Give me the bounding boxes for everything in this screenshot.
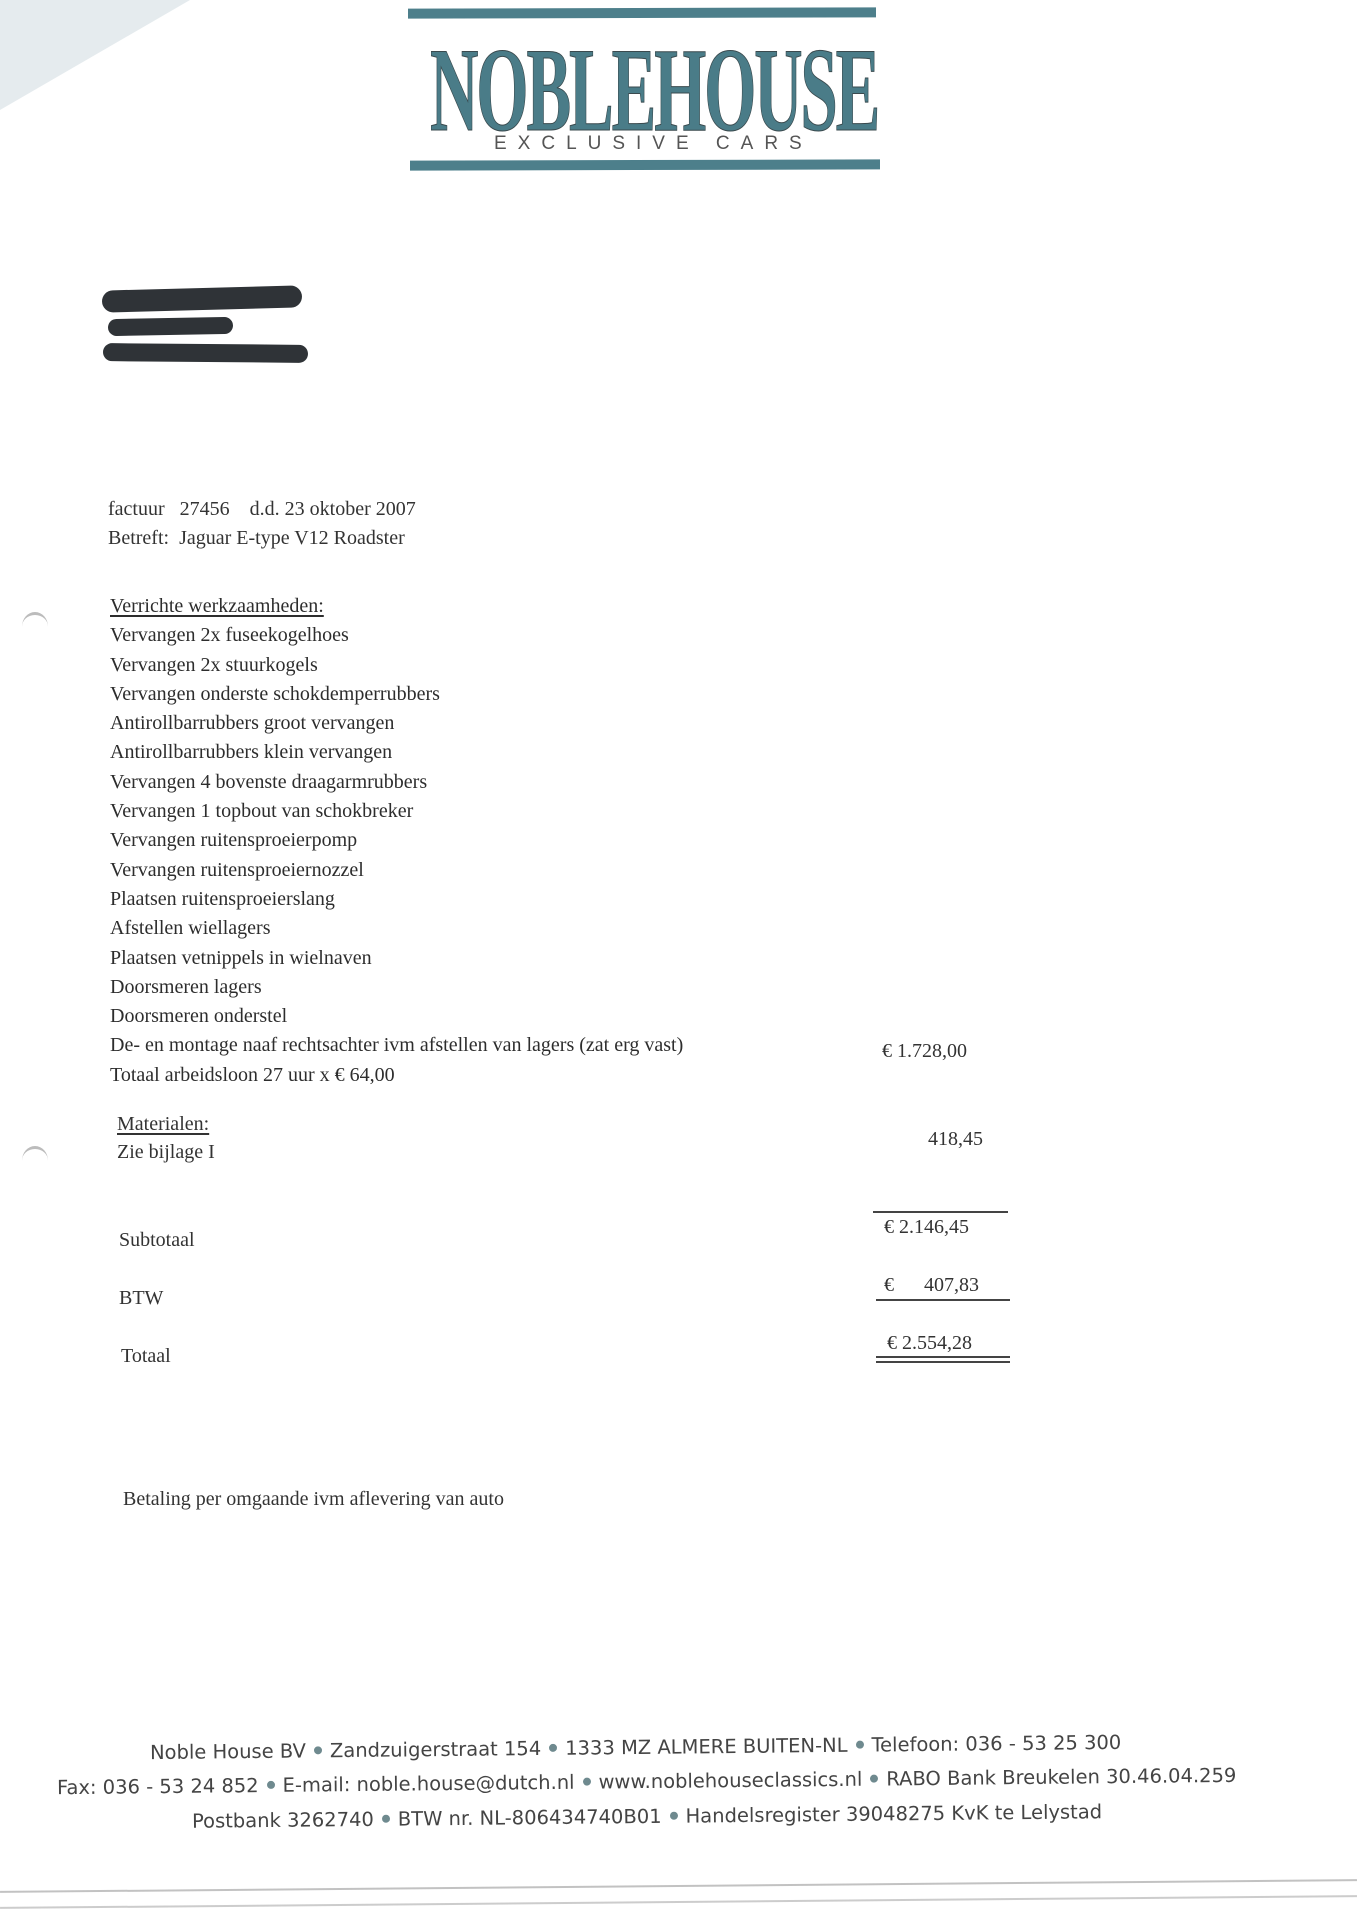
redaction-mark — [103, 343, 308, 363]
invoice-number-line: factuur 27456 d.d. 23 oktober 2007 — [108, 498, 416, 521]
punch-hole-mark — [22, 1146, 48, 1175]
subtotal-label: Subtotaal — [119, 1229, 195, 1252]
work-item: De- en montage naaf rechtsachter ivm afs… — [110, 1031, 683, 1060]
subject-label: Betreft: — [108, 527, 169, 549]
materials-line: Zie bijlage I — [117, 1141, 215, 1164]
labor-amount: € 1.728,00 — [882, 1040, 967, 1063]
work-item: Doorsmeren onderstel — [110, 1002, 683, 1031]
scan-line — [0, 1879, 1357, 1893]
total-amount: € 2.554,28 — [887, 1332, 972, 1355]
footer-item: Telefoon: 036 - 53 25 300 — [871, 1731, 1121, 1757]
footer-item: Noble House BV — [150, 1739, 306, 1764]
subtotal-amount: € 2.146,45 — [884, 1216, 969, 1239]
work-section: Verrichte werkzaamheden: Vervangen 2x fu… — [110, 592, 683, 1090]
labor-total-line: Totaal arbeidsloon 27 uur x € 64,00 — [110, 1061, 683, 1090]
payment-note: Betaling per omgaande ivm aflevering van… — [123, 1488, 504, 1511]
scan-corner-shadow — [0, 0, 190, 110]
bullet-separator-icon — [870, 1775, 878, 1783]
work-heading: Verrichte werkzaamheden: — [110, 592, 683, 621]
vat-label: BTW — [119, 1287, 163, 1310]
materials-amount: 418,45 — [928, 1128, 983, 1151]
work-item: Plaatsen ruitensproeierslang — [110, 885, 683, 914]
subtotal-rule — [873, 1211, 1008, 1213]
footer-item: Zandzuigerstraat 154 — [330, 1737, 541, 1762]
invoice-date: 23 oktober 2007 — [285, 498, 416, 520]
logo-tagline: EXCLUSIVE CARS — [494, 133, 813, 155]
invoice-number-label: factuur — [108, 498, 165, 520]
vat-amount: € 407,83 — [884, 1274, 979, 1297]
work-item: Doorsmeren lagers — [110, 973, 683, 1002]
work-item: Vervangen 1 topbout van schokbreker — [110, 797, 683, 826]
footer-item: Postbank 3262740 — [192, 1808, 374, 1833]
footer-item: Handelsregister 39048275 KvK te Lelystad — [685, 1800, 1102, 1827]
bullet-separator-icon — [670, 1812, 678, 1820]
work-item: Vervangen 2x stuurkogels — [110, 651, 683, 680]
footer-line-3: Postbank 3262740BTW nr. NL-806434740B01H… — [192, 1800, 1102, 1833]
total-rule — [876, 1356, 1010, 1358]
bullet-separator-icon — [267, 1781, 275, 1789]
work-item: Antirollbarrubbers klein vervangen — [110, 738, 683, 767]
redaction-mark — [102, 285, 303, 312]
footer-item: Fax: 036 - 53 24 852 — [57, 1774, 259, 1799]
work-items-list: Vervangen 2x fuseekogelhoesVervangen 2x … — [110, 621, 683, 1060]
bullet-separator-icon — [855, 1741, 863, 1749]
invoice-number: 27456 — [180, 498, 230, 520]
logo-bottom-bar — [410, 159, 880, 170]
vat-rule — [876, 1299, 1010, 1301]
invoice-subject-line: Betreft: Jaguar E-type V12 Roadster — [108, 527, 405, 550]
logo-top-bar — [408, 7, 876, 18]
punch-hole-mark — [22, 612, 48, 641]
footer-line-1: Noble House BVZandzuigerstraat 1541333 M… — [150, 1731, 1121, 1764]
redaction-mark — [108, 317, 233, 336]
footer-item: E-mail: noble.house@dutch.nl — [282, 1771, 574, 1797]
footer-item: 1333 MZ ALMERE BUITEN-NL — [565, 1734, 848, 1760]
work-item: Vervangen ruitensproeiernozzel — [110, 856, 683, 885]
total-double-rule — [876, 1361, 1010, 1363]
footer-item: www.noblehouseclassics.nl — [598, 1768, 862, 1794]
bullet-separator-icon — [382, 1815, 390, 1823]
total-label: Totaal — [121, 1345, 171, 1368]
work-item: Vervangen onderste schokdemperrubbers — [110, 680, 683, 709]
bullet-separator-icon — [582, 1778, 590, 1786]
footer-item: RABO Bank Breukelen 30.46.04.259 — [886, 1764, 1236, 1791]
footer-line-2: Fax: 036 - 53 24 852E-mail: noble.house@… — [57, 1764, 1237, 1799]
scan-line — [0, 1895, 1357, 1909]
work-item: Vervangen 4 bovenste draagarmrubbers — [110, 768, 683, 797]
materials-heading: Materialen: — [117, 1113, 209, 1136]
work-item: Vervangen 2x fuseekogelhoes — [110, 621, 683, 650]
work-item: Antirollbarrubbers groot vervangen — [110, 709, 683, 738]
work-item: Plaatsen vetnippels in wielnaven — [110, 944, 683, 973]
subject-value: Jaguar E-type V12 Roadster — [179, 527, 405, 549]
work-item: Vervangen ruitensproeierpomp — [110, 826, 683, 855]
bullet-separator-icon — [549, 1744, 557, 1752]
invoice-date-label: d.d. — [250, 498, 280, 520]
company-logo: NOBLEHOUSE EXCLUSIVE CARS — [408, 8, 878, 180]
bullet-separator-icon — [314, 1746, 322, 1754]
work-item: Afstellen wiellagers — [110, 914, 683, 943]
footer-item: BTW nr. NL-806434740B01 — [398, 1805, 662, 1831]
